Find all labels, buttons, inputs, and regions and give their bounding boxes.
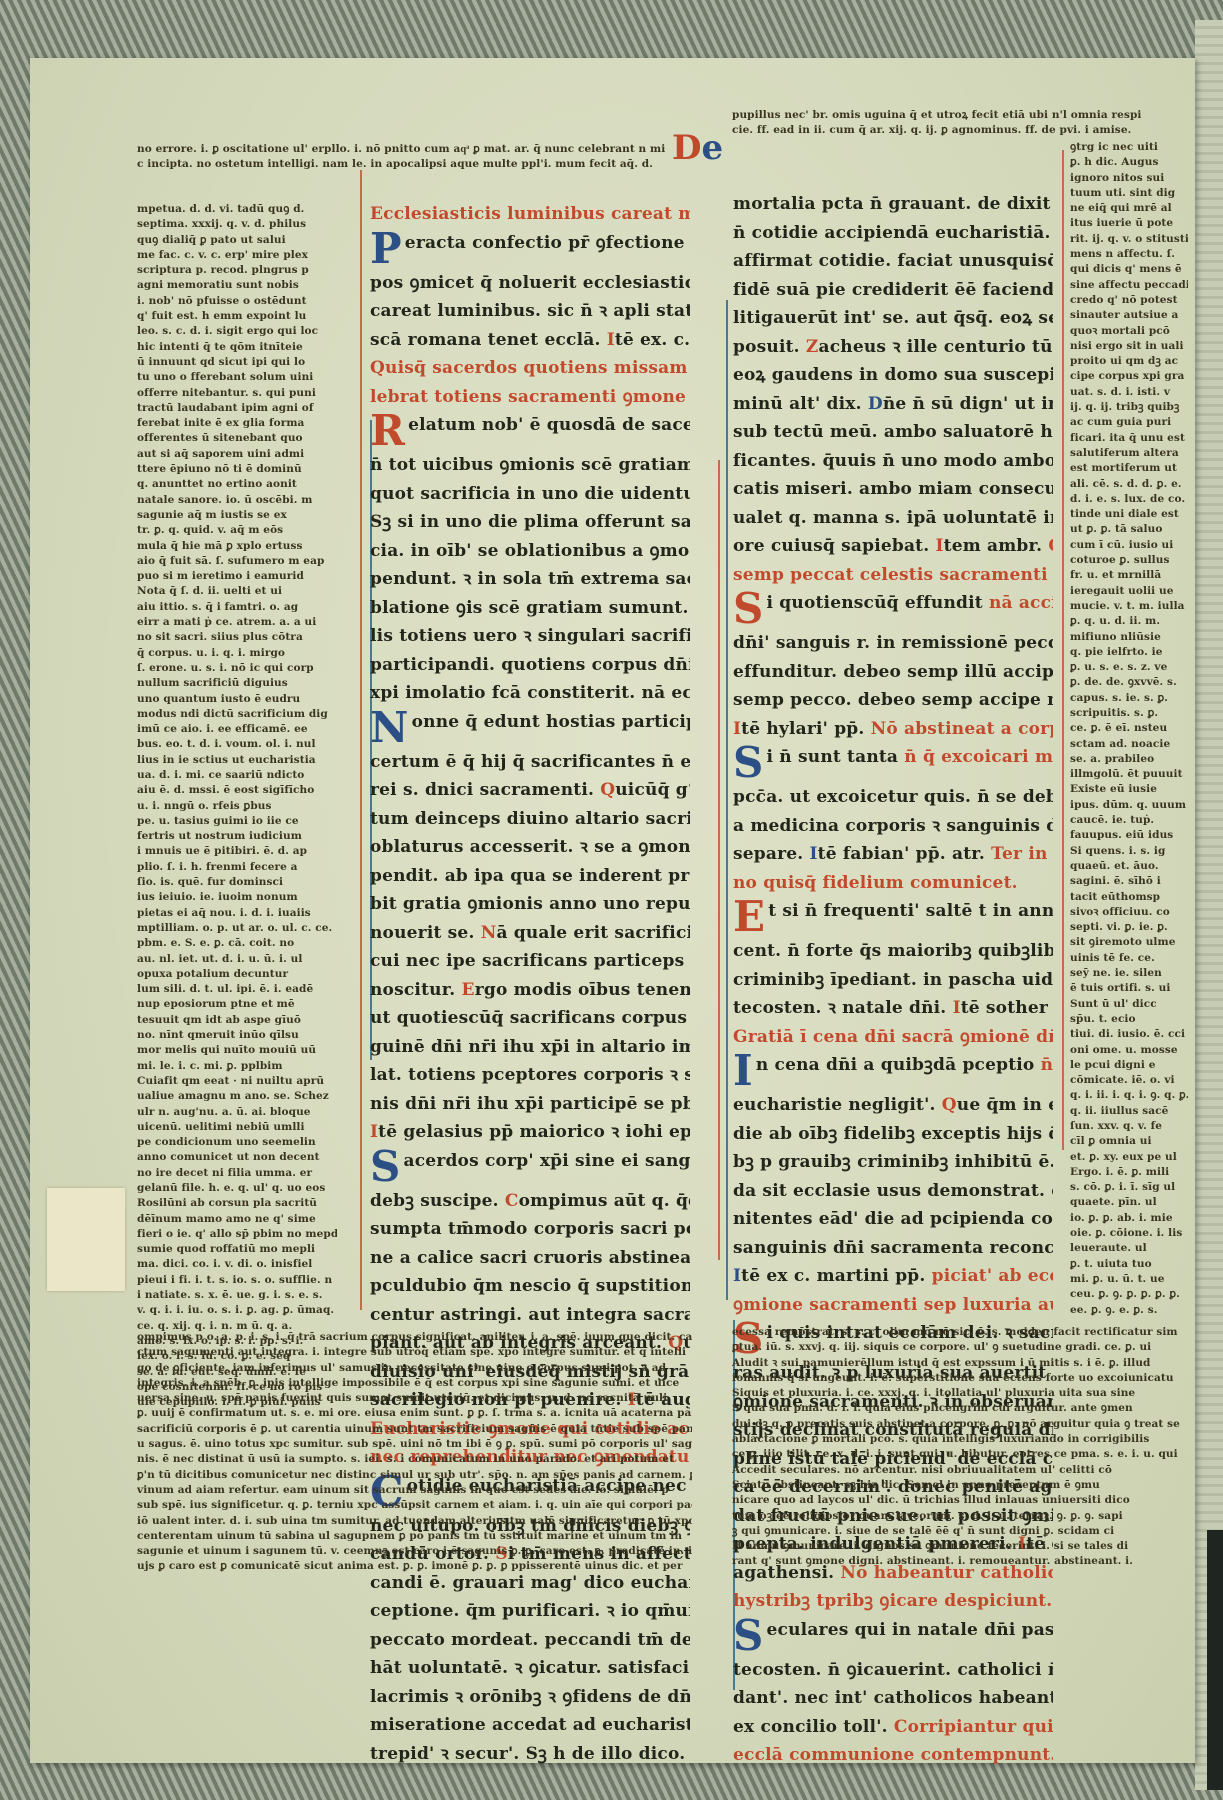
text-segment: tē fabian' pp̄. atr. [818,844,991,864]
text-line: Nonne q̄ edunt hostias participes s. alt… [370,708,690,748]
gloss-line: credo q' nō potest [1070,293,1188,308]
gloss-line: tinde uni diale est [1070,507,1188,522]
text-segment: rgo modis oībus tenendū est. [475,980,690,1000]
gloss-line: hic intenti q̄ te qōm itnīteie [137,340,337,355]
gloss-line: Accedit seculares. nō arcentur. nisi obr… [732,1463,1197,1478]
gloss-line: oie. ꝑ. cōione. i. lis [1070,1226,1188,1241]
gloss-line: sivoꝛ officiuu. co [1070,905,1188,920]
text-segment: blatione ꝯis scē gratiam sumunt. qui n̄ … [370,598,690,618]
text-segment: minū alt' dix. [733,394,868,414]
gloss-line: uicenū. uelitimi nebiū umlli [137,1120,337,1135]
text-segment: pcc̄a. ut excoicetur quis. n̄ se debet [733,787,1053,807]
gloss-line: q̄ corpus. u. i. q. i. mirgo [137,646,337,661]
text-segment: nitentes eād' die ad pcipienda corpis ꝛ [733,1209,1053,1229]
gloss-line: io. ꝑ. ꝑ. ab. i. mie [1070,1211,1188,1226]
text-segment: nouerit se. [370,923,481,943]
binding-shadow [1207,1530,1223,1790]
gloss-line: mi. ꝑ. u. ū. t. ue [1070,1272,1188,1287]
text-segment: eucharistie negligit'. [733,1095,942,1115]
gloss-line: sumie quod roffatiū mo mepli [137,1242,337,1257]
gloss-line: H anmū ꝯmunicare. i. dignos se ꝯmunione … [732,1539,1197,1554]
text-line: nitentes eād' die ad pcipienda corpis ꝛ [733,1205,1053,1234]
text-segment: tem ambr. [944,536,1049,556]
text-segment: bꝫ p grauibꝫ criminibꝫ inhibitū ē. pcipi… [733,1152,1053,1172]
gloss-line: iō ualent inter. d. i. sub uina tm sumit… [137,1514,692,1529]
text-segment: fidē suā pie crediderit ēē faciend'. [733,280,1053,300]
gloss-line: cum ī cū. iusio ui [1070,538,1188,553]
gloss-line: sagunie et uinum i sagunem tū. v. ceemnꝫ… [137,1544,692,1559]
text-line: die ab oībꝫ fidelibꝫ exceptis hijs q̄ [733,1120,1053,1149]
gloss-line: ꝑ. q. u. d. ii. m. [1070,614,1188,629]
gloss-line: ficari. ita q̄ unu est [1070,431,1188,446]
gloss-line: uinis tē fe. ce. [1070,951,1188,966]
text-segment: oblaturus accesserit. ꝛ se a ꝯmone sus [370,837,690,857]
text-line: lacrimis ꝛ orōnibꝫ ꝛ ꝯfidens de dn̄i [370,1683,690,1712]
gloss-line: pe. u. tasius guimi io iie ce [137,814,337,829]
gloss-line: ipus. dūm. q. uuum [1070,798,1188,813]
text-segment: xpi imolatio fcā constiterit. nā ecce ap… [370,683,690,703]
text-line: guinē dn̄i nr̄i ihu xp̄i in altario imo [370,1033,690,1062]
text-segment: rei s. dnici sacramenti. [370,780,600,800]
text-segment: de dixit q̄ spiā [978,194,1053,214]
text-line: ne a calice sacri cruoris abstineant. q̄ [370,1244,690,1273]
text-line: oblaturus accesserit. ꝛ se a ꝯmone sus [370,833,690,862]
gloss-line: ali. cē. s. d. d. ꝑ. e. [1070,477,1188,492]
gloss-line: quaeū. et. āuo. [1070,859,1188,874]
gloss-line: tractū laudabant ipim agni of [137,401,337,416]
gloss-line: tum oꝫ ēē religiosioꝛ quam laycorum. s. … [732,1509,1197,1524]
text-segment: peccato mordeat. peccandi tm̄ deceps non [370,1630,690,1650]
text-line: Si n̄ sunt tanta n̄ q̄ excoicari meretur… [733,743,1053,783]
text-line: Et si n̄ frequenti' saltē t in anno hoīe… [733,897,1053,937]
text-line: fidē suā pie crediderit ēē faciend'. Neq… [733,276,1053,305]
gloss-line: natale sanore. io. ū oscēbi. m [137,493,337,508]
rubric-segment: n̄ q̄ excoicari meretur. [904,747,1053,767]
gloss-line: nisi ergo sit in uali [1070,339,1188,354]
gloss-line: integris. i. a spēb. ꝑ. ipis intellige i… [137,1376,692,1391]
text-segment: ue q̄m in eadē [957,1095,1053,1115]
gloss-line: fieri o ie. q' allo sp̄ pbim no mepdī [137,1227,337,1242]
gloss-line: mens n affectu. ſ. [1070,247,1188,262]
gloss-line: sit ꝯiremoto ulme [1070,935,1188,950]
gloss-line: q. i. ii. i. q. i. ꝯ. q. ꝑ. [1070,1088,1188,1103]
gloss-line: gelanū file. h. e. q. ul' q. uo eos [137,1181,337,1196]
text-line: n̄ tot uicibus ꝯmionis scē gratiam sumer… [370,451,690,480]
right-margin-gloss: ꝯtrg ic nec uitiꝑ. h dic. Augusignoro ni… [1070,140,1188,1318]
gloss-line: Existe eū iusie [1070,782,1188,797]
text-segment: t si n̄ frequenti' saltē t in anno hoīes… [768,901,1053,921]
text-segment: guinē dn̄i nr̄i ihu xp̄i in altario imo [370,1037,690,1057]
gloss-line: dēīnum mamo amo ne q' sime [137,1212,337,1227]
gloss-line: tacit eūthomsp [1070,890,1188,905]
gloss-line: Nota q̄ ſ. d. ii. uelti et ui [137,584,337,599]
gloss-line: offerre nitebantur. s. qui puni [137,386,337,401]
inline-initial: D [868,394,883,414]
text-segment: careat luminibus. sic n̄ ꝛ apli statuerū… [370,301,690,321]
text-line: minū alt' dix. Dn̄e n̄ sū dign' ut intre… [733,390,1053,419]
gloss-line: ꝑ. de. de. ꝯxvvē. s. [1070,675,1188,690]
text-line: sumpta tm̄modo corporis sacri portio [370,1215,690,1244]
gloss-line: seȳ ne. ie. silen [1070,966,1188,981]
gloss-line: ij. q. ij. tribꝫ quibꝫ [1070,400,1188,415]
text-segment: ompimus aūt q. q̄dā [519,1191,690,1211]
decorated-initial: S [733,743,764,783]
rubric-line: hystribꝫ tpribꝫ ꝯicare despiciunt. [733,1587,1053,1616]
rubric-segment: Corripiantur qui in [894,1717,1053,1737]
text-line: hāt uoluntatē. ꝛ ꝯicatur. satisfaciat. [370,1654,690,1683]
gloss-line: quoꝛ mortali pcō [1070,324,1188,339]
gloss-line: Si quens. i. s. ig [1070,844,1188,859]
text-segment: sub tectū meū. ambo saluatorē honori [733,422,1053,442]
gloss-line: tiui. di. iusio. ē. cci [1070,1027,1188,1042]
text-segment: ualet q. manna s. ipā uoluntatē in [733,508,1053,528]
gloss-line: i natiate. s. x. ē. ue. g. i. s. e. s. [137,1288,337,1303]
text-line: cia. in oīb' se oblationibus a ꝯmone sus [370,537,690,566]
text-line: ficantes. q̄uuis n̄ uno modo ambo p [733,447,1053,476]
gloss-line: caucē. ie. tuṗ. [1070,813,1188,828]
gloss-line: no errore. i. ꝑ oscitatione ul' erpllo. … [137,142,667,157]
text-segment: die ab oībꝫ fidelibꝫ exceptis hijs q̄ [733,1124,1053,1144]
text-line: ualet q. manna s. ipā uoluntatē in [733,504,1053,533]
gloss-line: ꝑ. t. uiuta tuo [1070,1257,1188,1272]
bottom-gloss-right: ecessa remōstrat. s. s. c. olim mō nō si… [732,1325,1197,1570]
text-line: scā romana tenet ecclā. Itē ex. c. mill'… [370,326,690,355]
text-segment: tecosten. n̄ ꝯicauerint. catholici n̄ cr… [733,1660,1053,1680]
text-segment: da sit ecclasie usus demonstrat. c. ꝛ pe [733,1181,1053,1201]
text-segment: elatum nob' ē quosdā de sacerdotibus [408,415,690,435]
inline-initial: C [505,1191,519,1211]
text-line: Relatum nob' ē quosdā de sacerdotibus pi… [370,411,690,451]
text-line: Peracta confectio pr̄ ꝯfectione ꝯmicare … [370,229,690,269]
gloss-line: ius ieiuio. ie. iuoim nonum [137,890,337,905]
gloss-line: mpetua. d. d. vi. tadū quꝯ d. [137,202,337,217]
rubric-segment: piciat' ab ecclā q̄ a [932,1266,1053,1286]
parchment-repair-patch [47,1188,125,1291]
text-line: noscitur. Ergo modis oībus tenendū est. [370,976,690,1005]
gloss-line: go de ꝯficiente. iam inferimus ul' samus… [137,1361,692,1376]
text-line: lat. totiens pceptores corporis ꝛ sāgui [370,1061,690,1090]
gloss-line: Sunt ū ul' dicc [1070,997,1188,1012]
text-segment: eoꝝ gaudens in domo sua suscepit do [733,365,1053,385]
inline-initial: Z [806,337,819,357]
gloss-line: ualiue amagnu m ano. se. Schez [137,1089,337,1104]
rubric-line: Ecclesiasticis luminibus careat minister… [370,200,690,229]
decorated-initial: S [733,1616,764,1656]
gloss-line: centerentam uinum tū sabina ul sagupnem … [137,1529,692,1544]
gloss-line: plio. ſ. i. h. frenmi fecere a [137,860,337,875]
gloss-line: ee. ꝑ. ꝯ. e. ꝑ. s. [1070,1303,1188,1318]
gloss-line: ſ. erone. u. s. i. nō ic qui corp [137,661,337,676]
text-line: nouerit se. Nā quale erit sacrificium. [370,919,690,948]
text-segment: ut quotiescūq̄ sacrificans corpus ꝛ sā [370,1008,690,1028]
gloss-line: sp̄u. t. ecio [1070,1012,1188,1027]
inline-initial: E [462,980,475,1000]
gloss-line: no ire decet ni filia umma. er [137,1166,337,1181]
gloss-line: tesuuit qm idt ab aspe gīuō [137,1013,337,1028]
text-line: trepid' ꝛ secur'. Sꝫ h de illo dico. q̄e [370,1740,690,1769]
text-line: bit gratia ꝯmionis anno uno repulsum [370,890,690,919]
gloss-line: itus iuerie ū pote [1070,216,1188,231]
gloss-line: qui dicis q' mens ē [1070,262,1188,277]
left-margin-gloss: mpetua. d. d. vi. tadū quꝯ d.septima. xx… [137,202,337,1410]
text-line: bꝫ p grauibꝫ criminibꝫ inhibitū ē. pcipi… [733,1148,1053,1177]
gloss-line: ꝑ. uuij ē confirmatum ut. s. e. mi ore. … [137,1406,692,1421]
inline-initial: I [810,844,818,864]
text-segment: tē gelasius pp̄ maiorico ꝛ iohi epis. [378,1122,690,1142]
text-line: careat luminibus. sic n̄ ꝛ apli statuerū… [370,297,690,326]
text-line: ex concilio toll'. Corripiantur qui in [733,1713,1053,1742]
gloss-line: cīl ꝑ omnia ui [1070,1134,1188,1149]
text-segment: cia. in oīb' se oblationibus a ꝯmone sus [370,541,690,561]
gloss-line: nup eposiorum ptne et mē [137,997,337,1012]
text-line: ut quotiescūq̄ sacrificans corpus ꝛ sā [370,1004,690,1033]
gloss-line: ē tuis ortifi. s. ui [1070,981,1188,996]
gloss-line: le pcui digni e [1070,1058,1188,1073]
text-line: pendit. ab ipa qua se inderent prima [370,862,690,891]
gloss-line: sagini. ē. sīhō i [1070,874,1188,889]
gloss-line: ꝯtrg ic nec uiti [1070,140,1188,155]
text-line: Si quotienscūq̄ effundit nā accipiat sep… [733,589,1053,629]
gloss-line: q. anunttet no ertino aonit [137,477,337,492]
text-line: Itē ex c. martini pp̄. piciat' ab ecclā … [733,1262,1053,1291]
gloss-line: cie. ff. ead in ii. cum q̄ ar. xij. q. i… [732,123,1202,138]
gloss-line: iohannis q̄ si ungeunt. i. ē. superstiti… [732,1371,1197,1386]
text-segment: miseratione accedat ad eucharistiā in [370,1715,690,1735]
text-segment: pendunt. ꝛ in sola tm̄ extrema sacrifici… [370,569,690,589]
text-segment: affirmat cotidie. faciat unusquisq̄ q. f [733,251,1053,271]
gloss-line: u sagus. ē. uino totus xpc sumitur. sub … [137,1437,692,1452]
gloss-line: ac cum guia puri [1070,415,1188,430]
gloss-line: leueraute. ul [1070,1241,1188,1256]
text-line: miseratione accedat ad eucharistiā in [370,1711,690,1740]
text-segment: a medicina corporis ꝛ sanguinis dn̄i [733,816,1053,836]
gloss-line: se. a. prabileo [1070,752,1188,767]
gloss-line: pbm. e. S. e. ꝑ. cā. coit. no [137,936,337,951]
text-line: litigauerūt int' se. aut q̄sq̄. eoꝝ se a… [733,304,1053,333]
gloss-line: capus. s. ie. s. ꝑ. [1070,691,1188,706]
gloss-line: pieui i fi. i. t. s. io. s. o. sufflie. … [137,1273,337,1288]
text-line: nis dn̄i nr̄i ihu xp̄i participē se pbea… [370,1090,690,1119]
inline-initial: I [370,1122,378,1142]
gloss-line: uersa sine. u. spē panis fuerint quis su… [137,1391,692,1406]
gloss-line: fauupus. eiū idus [1070,828,1188,843]
text-segment: effunditur. debeo semp illū accipe qui [733,662,1053,682]
text-line: dant'. nec int' catholicos habeant'. Itē [733,1684,1053,1713]
text-line: ore cuiusq̄ sapiebat. Item ambr. Qui [733,532,1053,561]
rubric-line: Quisq̄ sacerdos quotiens missam ce [370,354,690,383]
text-line: Sacerdos corp' xp̄i sine ei sanguine nō [370,1147,690,1187]
text-segment: lacrimis ꝛ orōnibꝫ ꝛ ꝯfidens de dn̄i [370,1687,690,1707]
gloss-line: ttere ēpiuno nō ti ē dominū [137,462,337,477]
rubric-segment: n̄ accipe. [1041,1055,1053,1075]
gloss-line: cipe corpus xpi gra [1070,369,1188,384]
text-segment: quot sacrificia in uno die uidentur offe… [370,484,690,504]
text-line: xpi imolatio fcā constiterit. nā ecce ap… [370,679,690,708]
gloss-line: sub spē. ius significetur. q. ꝑ. terniu … [137,1498,692,1513]
text-segment: i n̄ sunt tanta [767,747,905,767]
gloss-line: ꝑ. u. s. e. s. z. ve [1070,660,1188,675]
text-segment: n̄ tot uicibus ꝯmionis scē gratiam sumer… [370,455,690,475]
text-segment: ceptione. q̄m purificari. ꝛ io qm̄uis qu… [370,1601,690,1621]
gloss-line: opuxa potalium decuntur [137,967,337,982]
gloss-line: rant q' sunt ꝯmone digni. abstineant. i.… [732,1554,1197,1569]
text-line: tecosten. ꝛ natale dn̄i. Itē sother pp̄ … [733,994,1053,1023]
text-line: posuit. Zacheus ꝛ ille centurio tū alter [733,333,1053,362]
gloss-line: s. cō. ꝑ. i. ī. sīg ul [1070,1180,1188,1195]
gloss-line: coturoe ꝑ. sullus [1070,553,1188,568]
gloss-line: ꝫ qui ꝯmunicare. i. siue de se talē ēē q… [732,1524,1197,1539]
decorated-initial: E [733,897,765,937]
gloss-line: ompimus p o. a. p. i. s. i. q̄ trā sacri… [137,1330,692,1345]
bottom-gloss-left: ompimus p o. a. p. i. s. i. q̄ trā sacri… [137,1330,692,1575]
text-segment: semp pecco. debeo semp accipe medicinā. [733,690,1053,710]
running-head: De [672,128,723,168]
gloss-line: mi. le. i. c. mi. ꝑ. pplbim [137,1059,337,1074]
text-line: quot sacrificia in uno die uidentur offe… [370,480,690,509]
rubric-line: lebrat totiens sacramenti ꝯmone pa [370,383,690,412]
gloss-line: bus. eo. t. d. i. voum. ol. i. nul [137,737,337,752]
text-line: ceptione. q̄m purificari. ꝛ io qm̄uis qu… [370,1597,690,1626]
gloss-line: Aludit ꝛ sui pamunierēllum istud q̄ est … [732,1356,1197,1371]
text-segment: ficantes. q̄uuis n̄ uno modo ambo p [733,451,1053,471]
text-line: dn̄i' sanguis r. in remissionē peccatoꝝ [733,629,1053,658]
text-line: debꝫ suscipe. Compimus aūt q. q̄dā [370,1187,690,1216]
text-segment: sumpta tm̄modo corporis sacri portio [370,1219,690,1239]
gloss-line: ū innuunt qd sicut ipi qui lo [137,355,337,370]
text-line: Sꝫ si in uno die plima offerunt sacrifi [370,508,690,537]
gloss-line: quꝯ dialiq̄ ꝑ pato ut salui [137,233,337,248]
gloss-line: Ergo. i. ē. ꝑ. mili [1070,1165,1188,1180]
gloss-line: eirr a mati ṗ ce. atrem. a. a ui [137,615,337,630]
text-segment: tē ex. c. mill'. xiij. [615,330,690,350]
rubric-line: Gratiā ī cena dn̄i sacrā ꝯmionē dn̄i deb… [733,1023,1053,1052]
text-segment: scā romana tenet ecclā. [370,330,607,350]
gloss-line: mula q̄ hie mā ꝑ xplo ertuss [137,539,337,554]
text-segment: cui nec ipe sacrificans particeps ēē dig [370,951,690,971]
gloss-line: ablactacione ꝑ mortali pcō. s. quia inte… [732,1432,1197,1447]
text-line: semp pecco. debeo semp accipe medicinā. [733,686,1053,715]
inline-initial: Q [942,1095,957,1115]
text-segment: litigauerūt int' se. aut q̄sq̄. eoꝝ se a… [733,308,1053,328]
gloss-line: mifiuno nliūsie [1070,630,1188,645]
gloss-line: rit. ij. q. v. o stitusti [1070,232,1188,247]
gloss-line: et. ꝑ. xy. eux pe ul [1070,1150,1188,1165]
text-segment: lat. totiens pceptores corporis ꝛ sāgui [370,1065,690,1085]
text-segment: n cena dn̄i a quibꝫdā pceptio [756,1055,1041,1075]
decorated-initial: R [370,411,405,451]
gloss-line: scripuitis. s. ꝑ. [1070,706,1188,721]
gloss-line: oni ome. u. mosse [1070,1043,1188,1058]
rubric-segment: nā accipiat sep. [989,593,1053,613]
text-line: certum ē q̄ hij q̄ sacrificantes n̄ edun… [370,748,690,777]
text-segment: noscitur. [370,980,462,1000]
text-line: effunditur. debeo semp illū accipe qui [733,658,1053,687]
text-segment: lis totiens uero ꝛ singulari sacrificio [370,626,690,646]
text-segment: criminibꝫ īpediant. in pascha uidelicꝫ ꝛ… [733,970,1053,990]
inline-initial: Q [600,780,615,800]
rubric-segment: Nō abstineat a corpe dn̄i [871,719,1053,739]
gloss-line: ſun. xxv. q. v. fe [1070,1119,1188,1134]
decorated-initial: S [370,1147,401,1187]
gloss-line: ce ꝑ. iiio tilit. ce. x. d. i. i. sunt q… [732,1447,1197,1462]
gloss-line: mucie. v. t. m. iulla [1070,599,1188,614]
inline-initial: I [953,998,961,1018]
rubric-line: ecclā communione contempnunt. [733,1741,1053,1770]
gloss-line: S qua sua pma. d. i. l. quia eius plicen… [732,1401,1197,1416]
gloss-line: Siquis et pluxuria. i. ce. xxxj. q. i. i… [732,1386,1197,1401]
gloss-line: d. i. e. s. lux. de co. [1070,492,1188,507]
gloss-line: ce. ꝑ. ē eī. nsteu [1070,721,1188,736]
text-segment: tē hylari' pp̄. [741,719,870,739]
text-segment: i quotienscūq̄ effundit [767,593,989,613]
gloss-line: pietas ei aq̄ nou. i. d. i. iuaiis [137,906,337,921]
text-segment: cent. n̄ forte q̄s maioribꝫ quibꝫlibet [733,941,1053,961]
text-line: In cena dn̄i a quibꝫdā pceptio n̄ accipe… [733,1051,1053,1091]
gloss-line: sagunie aq̄ m iustis se ex [137,508,337,523]
running-head-letter-d: D [672,128,701,168]
text-segment: ā quale erit sacrificium. [496,923,690,943]
gloss-line: no sit sacri. siius plus cōtra [137,630,337,645]
gloss-line: lius in ie sctius ut eucharistia [137,753,337,768]
gloss-line: scriptura p. recod. plngrus p [137,263,337,278]
gloss-line: quaete. pīn. ul [1070,1195,1188,1210]
gloss-line: est mortiferum ut [1070,461,1188,476]
gloss-line: nicare quo ad laycos ul' dic. ū trichias… [732,1493,1197,1508]
rubric-segment: Ter in an [991,844,1053,864]
gloss-line: ulr n. aug'nu. a. ū. ai. bloque [137,1105,337,1120]
text-segment: bit gratia ꝯmionis anno uno repulsum [370,894,690,914]
text-line: eucharistie negligit'. Que q̄m in eadē [733,1091,1053,1120]
text-segment: debꝫ suscipe. [370,1191,505,1211]
text-segment: mortalia pcta n̄ grauant. [733,194,978,214]
gloss-line: ujs ꝑ caro est ꝑ comunicatē sicut anima … [137,1559,692,1574]
text-segment: ore cuiusq̄ sapiebat. [733,536,935,556]
gloss-line: uno quantum iusto ē eudru [137,692,337,707]
gloss-line: puo si m ieretimo i eamurid [137,569,337,584]
text-line: pendunt. ꝛ in sola tm̄ extrema sacrifici… [370,565,690,594]
gloss-line: offerentes ū sitenebant quo [137,431,337,446]
decorated-initial: P [370,229,402,269]
inline-initial: N [481,923,497,943]
top-gloss-left: no errore. i. ꝑ oscitatione ul' erpllo. … [137,142,667,173]
gloss-line: ua. d. i. mi. ce saariū ndicto [137,768,337,783]
rubric-line: no quisq̄ fidelium comunicet. [733,869,1053,898]
text-segment: tē ex c. martini pp̄. [741,1266,931,1286]
text-segment: posuit. [733,337,806,357]
text-segment: sanguinis dn̄i sacramenta reconcilient'. [733,1238,1053,1258]
gloss-line: ecessa remōstrat. s. s. c. olim mō nō si… [732,1325,1197,1340]
gloss-line: sacrificiū corporis ē ꝑ. ut carentia uin… [137,1422,692,1437]
text-segment: centur astringi. aut integra sacramenta … [370,1305,690,1325]
gloss-line: aiu ittio. s. q̄ i famtri. o. ag [137,600,337,615]
text-segment: trepid' ꝛ secur'. Sꝫ h de illo dico. q̄e [370,1744,690,1764]
gloss-line: tu uno o fferebant solum uini [137,370,337,385]
text-segment: ex concilio toll'. [733,1717,894,1737]
text-line: tum deinceps diuino altario sacrificium [370,805,690,834]
gloss-line: ne eiq̄ qui mrē al [1070,201,1188,216]
gloss-line: salutiferum altera [1070,446,1188,461]
text-line: pcc̄a. ut excoicetur quis. n̄ se debet [733,783,1053,812]
text-line: Seculares qui in natale dn̄i pascha pē [733,1616,1053,1656]
gloss-line: no. nīnt qmeruit inūo qīlsu [137,1028,337,1043]
gloss-line: aio q̄ fuit sā. ſ. sufumero m eap [137,554,337,569]
ruling-line [718,460,720,1260]
text-line: Itē hylari' pp̄. Nō abstineat a corpe dn… [733,715,1053,744]
gloss-line: ma. dici. co. i. v. di. o. inisfiel [137,1257,337,1272]
text-segment: participandi. quotiens corpus dn̄i nr̄i … [370,655,690,675]
text-line: rei s. dnici sacramenti. Quicūq̄ g° sace… [370,776,690,805]
gloss-line: modus ndi dictū sacrificium dig [137,707,337,722]
